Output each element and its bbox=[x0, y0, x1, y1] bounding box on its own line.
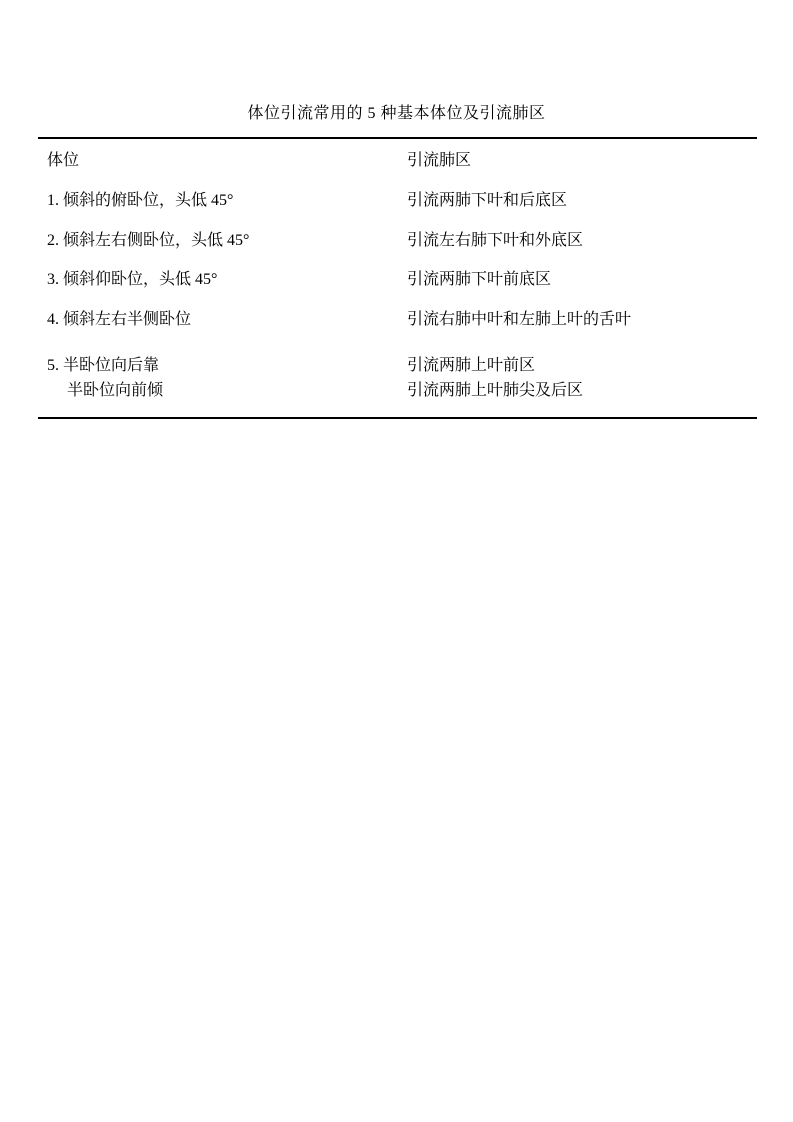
table-row: 4. 倾斜左右半侧卧位 引流右肺中叶和左肺上叶的舌叶 bbox=[38, 311, 757, 328]
drainage-table: 体位 引流肺区 1. 倾斜的俯卧位，头低 45° 引流两肺下叶和后底区 2. 倾… bbox=[38, 137, 757, 419]
column-header-position: 体位 bbox=[38, 152, 407, 169]
position-cell: 2. 倾斜左右侧卧位，头低 45° bbox=[38, 232, 407, 249]
table-header-row: 体位 引流肺区 bbox=[38, 152, 757, 169]
region-cell: 引流两肺下叶和后底区 bbox=[407, 192, 757, 209]
region-cell: 引流两肺下叶前底区 bbox=[407, 271, 757, 288]
table-row: 1. 倾斜的俯卧位，头低 45° 引流两肺下叶和后底区 bbox=[38, 192, 757, 209]
table-row: 2. 倾斜左右侧卧位，头低 45° 引流左右肺下叶和外底区 bbox=[38, 232, 757, 249]
position-cell: 3. 倾斜仰卧位，头低 45° bbox=[38, 271, 407, 288]
table-row: 5. 半卧位向后靠 引流两肺上叶前区 bbox=[38, 357, 757, 374]
document-page: 体位引流常用的 5 种基本体位及引流肺区 体位 引流肺区 1. 倾斜的俯卧位，头… bbox=[0, 0, 793, 1122]
column-header-region: 引流肺区 bbox=[407, 152, 757, 169]
position-cell: 5. 半卧位向后靠 bbox=[38, 357, 407, 374]
table-title: 体位引流常用的 5 种基本体位及引流肺区 bbox=[0, 105, 793, 123]
position-cell: 4. 倾斜左右半侧卧位 bbox=[38, 311, 407, 328]
table-row: 半卧位向前倾 引流两肺上叶肺尖及后区 bbox=[38, 382, 757, 399]
region-cell: 引流左右肺下叶和外底区 bbox=[407, 232, 757, 249]
region-cell: 引流两肺上叶前区 bbox=[407, 357, 757, 374]
region-cell: 引流两肺上叶肺尖及后区 bbox=[407, 382, 757, 399]
table-row: 3. 倾斜仰卧位，头低 45° 引流两肺下叶前底区 bbox=[38, 271, 757, 288]
region-cell: 引流右肺中叶和左肺上叶的舌叶 bbox=[407, 311, 757, 328]
position-cell: 1. 倾斜的俯卧位，头低 45° bbox=[38, 192, 407, 209]
position-cell: 半卧位向前倾 bbox=[38, 382, 407, 399]
